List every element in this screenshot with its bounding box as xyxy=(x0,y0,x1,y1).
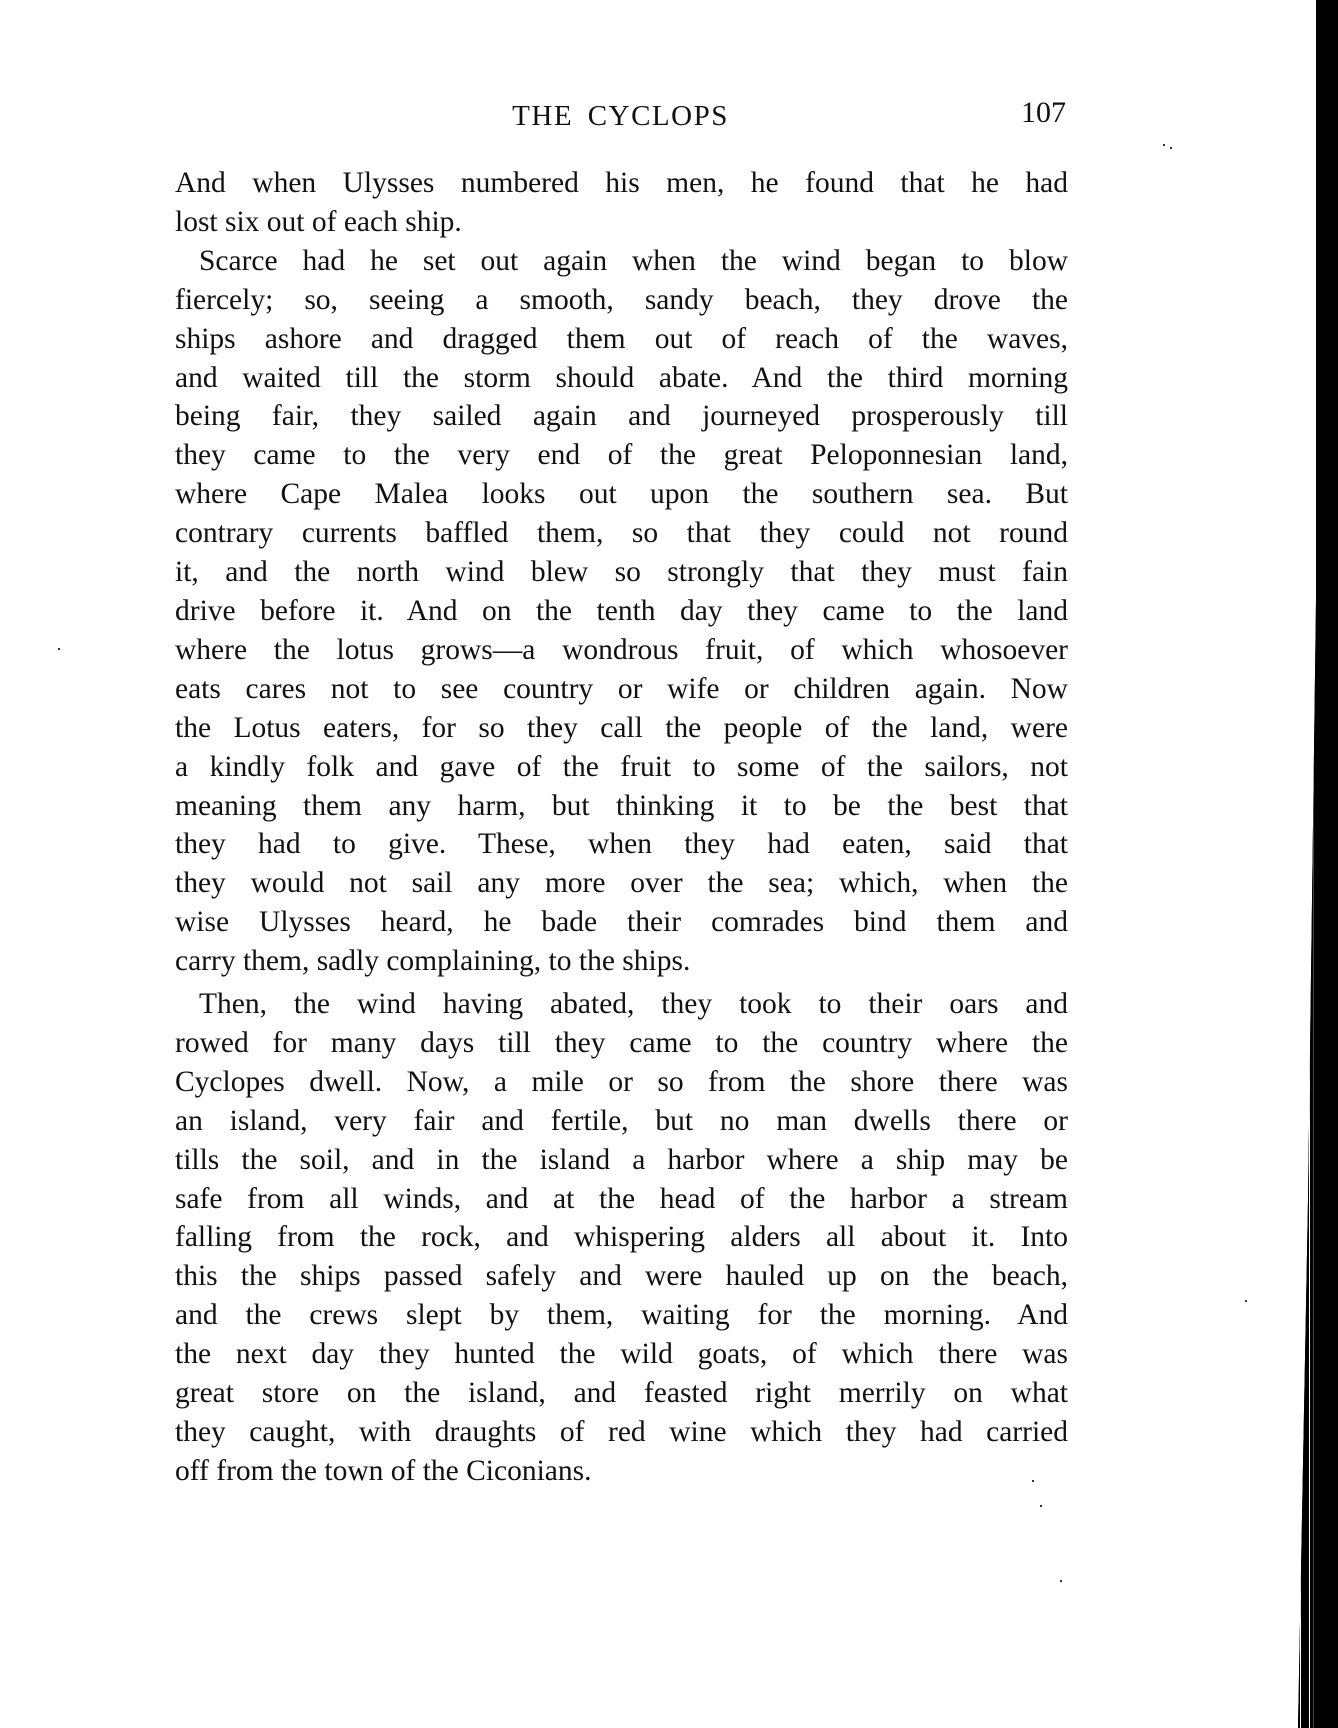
text-line: off from the town of the Ciconians. xyxy=(175,1452,1068,1491)
text-line: they had to give. These, when they had e… xyxy=(175,825,1068,864)
text-line: rowed for many days till they came to th… xyxy=(175,1024,1068,1063)
book-page: THE CYCLOPS 107 And when Ulysses numbere… xyxy=(0,0,1338,1728)
text-line: falling from the rock, and whispering al… xyxy=(175,1218,1068,1257)
text-line: eats cares not to see country or wife or… xyxy=(175,670,1068,709)
scan-speck xyxy=(1245,1300,1247,1302)
text-line: where the lotus grows—a wondrous fruit, … xyxy=(175,631,1068,670)
paragraph-2: Scarce had he set out again when the win… xyxy=(175,242,1068,981)
text-line: ships ashore and dragged them out of rea… xyxy=(175,320,1068,359)
text-line: Cyclopes dwell. Now, a mile or so from t… xyxy=(175,1063,1068,1102)
text-line: And when Ulysses numbered his men, he fo… xyxy=(175,164,1068,203)
text-line: Scarce had he set out again when the win… xyxy=(175,242,1068,281)
text-line: great store on the island, and feasted r… xyxy=(175,1374,1068,1413)
scan-speck xyxy=(1032,1480,1034,1482)
binding-shadow xyxy=(1316,0,1338,1728)
scan-speck xyxy=(1170,147,1172,149)
text-line: lost six out of each ship. xyxy=(175,203,1068,242)
text-line: meaning them any harm, but thinking it t… xyxy=(175,787,1068,826)
scan-speck xyxy=(1163,144,1165,146)
text-line: a kindly folk and gave of the fruit to s… xyxy=(175,748,1068,787)
text-line: where Cape Malea looks out upon the sout… xyxy=(175,475,1068,514)
text-line: and waited till the storm should abate. … xyxy=(175,359,1068,398)
text-line: this the ships passed safely and were ha… xyxy=(175,1257,1068,1296)
text-line: they came to the very end of the great P… xyxy=(175,436,1068,475)
body-text: And when Ulysses numbered his men, he fo… xyxy=(175,164,1068,1491)
text-line: being fair, they sailed again and journe… xyxy=(175,397,1068,436)
text-line: and the crews slept by them, waiting for… xyxy=(175,1296,1068,1335)
text-line: they caught, with draughts of red wine w… xyxy=(175,1413,1068,1452)
text-line: carry them, sadly complaining, to the sh… xyxy=(175,942,1068,981)
text-line: the next day they hunted the wild goats,… xyxy=(175,1335,1068,1374)
text-line: it, and the north wind blew so strongly … xyxy=(175,553,1068,592)
paragraph-3: Then, the wind having abated, they took … xyxy=(175,985,1068,1491)
paragraph-1: And when Ulysses numbered his men, he fo… xyxy=(175,164,1068,242)
text-line: tills the soil, and in the island a harb… xyxy=(175,1141,1068,1180)
text-line: an island, very fair and fertile, but no… xyxy=(175,1102,1068,1141)
text-line: the Lotus eaters, for so they call the p… xyxy=(175,709,1068,748)
text-line: drive before it. And on the tenth day th… xyxy=(175,592,1068,631)
chapter-title: THE CYCLOPS xyxy=(173,98,1068,134)
text-line: Then, the wind having abated, they took … xyxy=(175,985,1068,1024)
scan-speck xyxy=(1060,1580,1062,1582)
scan-speck xyxy=(58,648,60,650)
text-line: wise Ulysses heard, he bade their comrad… xyxy=(175,903,1068,942)
running-header: THE CYCLOPS 107 xyxy=(173,98,1068,138)
page-number: 107 xyxy=(1021,95,1066,131)
text-line: contrary currents baffled them, so that … xyxy=(175,514,1068,553)
scan-speck xyxy=(1040,1505,1042,1507)
text-line: they would not sail any more over the se… xyxy=(175,864,1068,903)
text-line: safe from all winds, and at the head of … xyxy=(175,1180,1068,1219)
text-line: fiercely; so, seeing a smooth, sandy bea… xyxy=(175,281,1068,320)
